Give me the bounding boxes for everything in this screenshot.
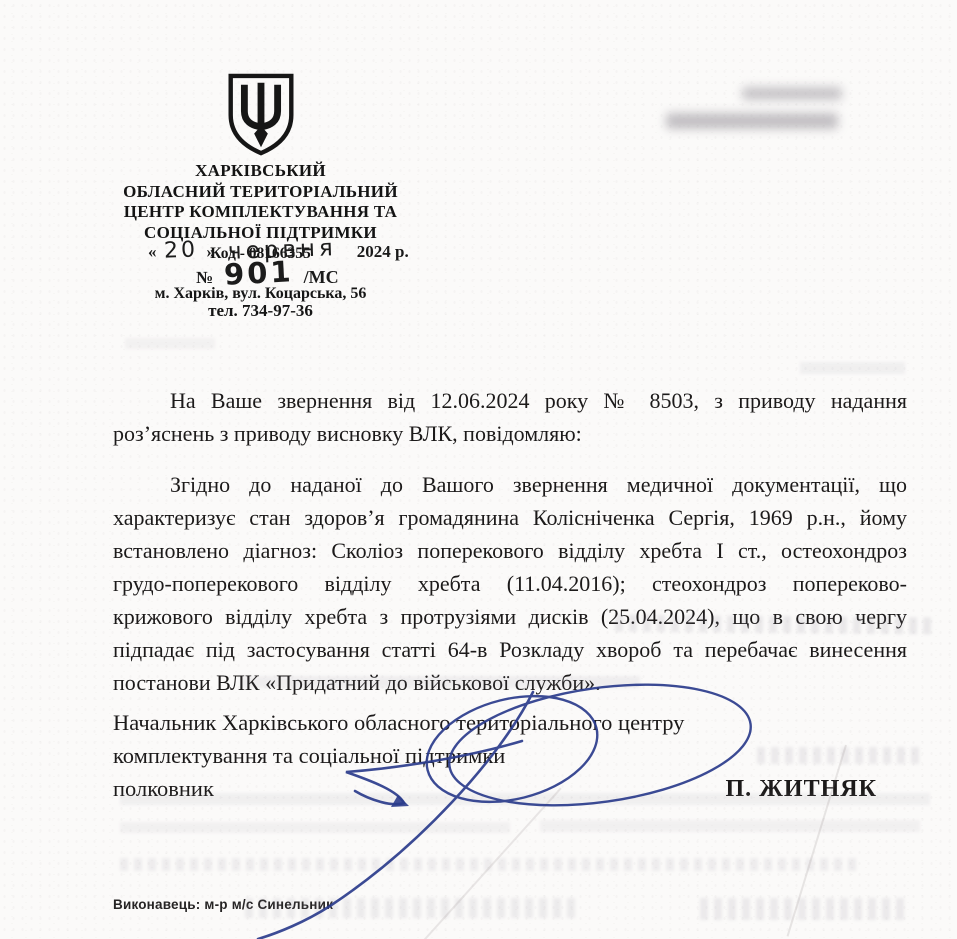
scanned-letter: ХАРКІВСЬКИЙ ОБЛАСНИЙ ТЕРИТОРІАЛЬНИЙ ЦЕНТ… xyxy=(0,0,957,939)
signer-rank: полковник xyxy=(113,772,214,805)
bleedthrough-smudge xyxy=(700,898,910,920)
bleedthrough-smudge xyxy=(800,362,905,374)
org-name-line: ЦЕНТР КОМПЛЕКТУВАННЯ ТА xyxy=(118,202,403,223)
bleedthrough-smudge xyxy=(540,820,920,832)
redacted-blur-line xyxy=(742,87,842,100)
body-line: На Ваше звернення від 12.06.2024 року № … xyxy=(113,384,907,417)
org-name-line: ОБЛАСНИЙ ТЕРИТОРІАЛЬНИЙ xyxy=(118,182,403,203)
body-line: крижового відділу хребта з протрузіями д… xyxy=(113,600,907,633)
bleedthrough-smudge xyxy=(120,858,860,871)
signer-name: П. ЖИТНЯК xyxy=(726,773,907,806)
bleedthrough-smudge xyxy=(120,822,510,833)
body-line: встановлено діагноз: Сколіоз поперековог… xyxy=(113,534,907,567)
paper-crease xyxy=(423,787,561,939)
bleedthrough-smudge xyxy=(125,338,215,349)
body-line: роз’яснень з приводу висновку ВЛК, повід… xyxy=(113,417,907,450)
body-line: грудо-поперекового відділу хребта (11.04… xyxy=(113,567,907,600)
handwritten-day: 20 xyxy=(163,237,198,263)
body-line: постанови ВЛК «Придатний до військової с… xyxy=(113,666,907,699)
executor-line: Виконавець: м-р м/с Синельник xyxy=(113,897,333,912)
letter-body: На Ваше звернення від 12.06.2024 року № … xyxy=(113,384,907,699)
signature-block: Начальник Харківського обласного територ… xyxy=(113,706,907,806)
signer-title-line: Начальник Харківського обласного територ… xyxy=(113,706,907,739)
org-phone: тел. 734-97-36 xyxy=(118,301,403,321)
body-line: підпадає під застосування статті 64-в Ро… xyxy=(113,633,907,666)
body-line: характеризує стан здоров’я громадянина К… xyxy=(113,501,907,534)
org-name-line: ХАРКІВСЬКИЙ xyxy=(118,161,403,182)
ukraine-trident-emblem-icon xyxy=(223,72,299,158)
signer-title-line: комплектування та соціальної підтримки xyxy=(113,739,907,772)
date-year: 2024 р. xyxy=(357,242,409,262)
redacted-blur-line xyxy=(666,113,838,129)
letterhead: ХАРКІВСЬКИЙ ОБЛАСНИЙ ТЕРИТОРІАЛЬНИЙ ЦЕНТ… xyxy=(118,72,403,263)
open-quote: « xyxy=(148,242,157,262)
body-line: Згідно до наданої до Вашого звернення ме… xyxy=(113,468,907,501)
